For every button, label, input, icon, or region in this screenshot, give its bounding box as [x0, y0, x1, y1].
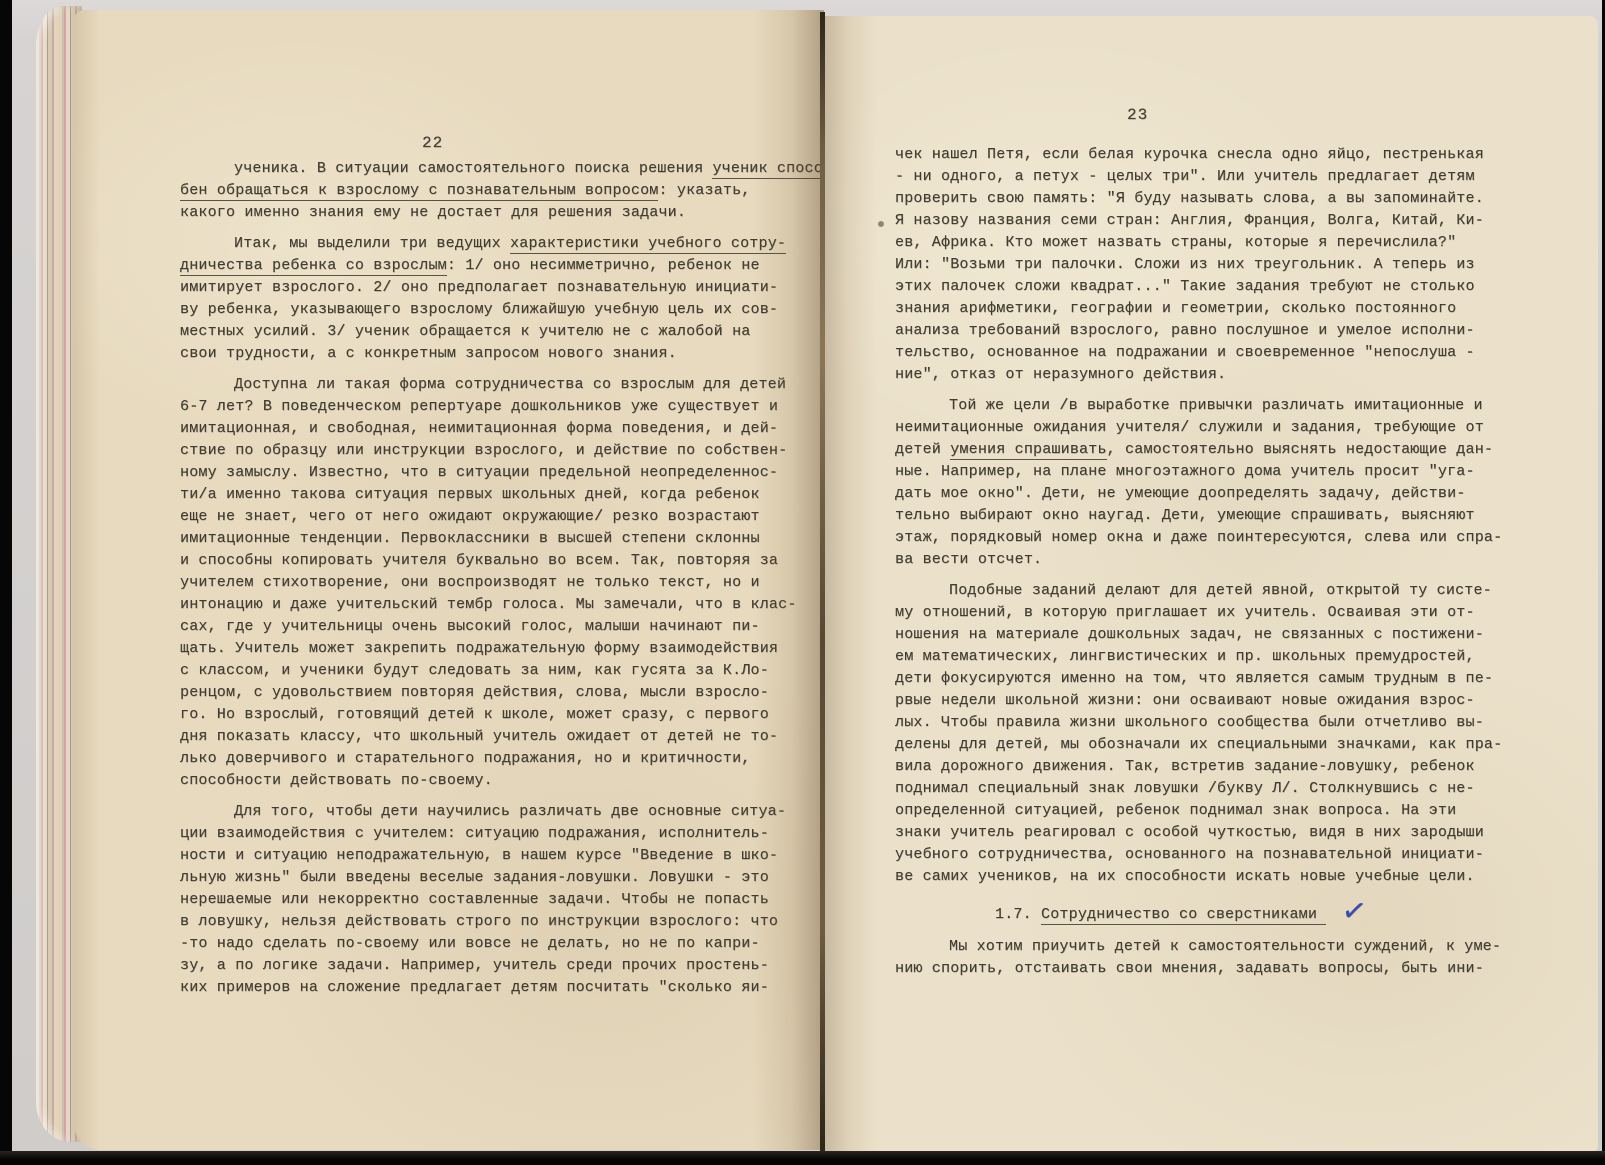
text-line: Итак, мы выделили три ведущих характерис…	[180, 233, 832, 255]
text-line: лых. Чтобы правила жизни школьного сообщ…	[895, 712, 1502, 734]
text-line: вила дорожного движения. Так, встретив з…	[895, 756, 1502, 778]
text-line: ношения на материале дошкольных задач, н…	[895, 624, 1502, 646]
text-line: ствие по образцу или инструкции взрослог…	[180, 440, 832, 462]
text-line: имитационные тенденции. Первоклассники в…	[180, 528, 832, 550]
text-line: -то надо сделать по-своему или вовсе не …	[180, 933, 832, 955]
text-line: нию спорить, отстаивать свои мнения, зад…	[895, 958, 1502, 980]
text-line: еще не знает, чего от него ожидают окруж…	[180, 506, 832, 528]
paragraph: Мы хотим приучить детей к самостоятельно…	[895, 936, 1502, 980]
text-line: интонацию и даже учительский тембр голос…	[180, 594, 832, 616]
text-line: ем математических, лингвистических и пр.…	[895, 646, 1502, 668]
text-line: имитационная, и свободная, неимитационна…	[180, 418, 832, 440]
text-line: ев, Африка. Кто может назвать страны, ко…	[895, 232, 1502, 254]
paragraph: Подобные заданий делают для детей явной,…	[895, 580, 1502, 888]
text-line: определенной ситуацией, ребенок поднимал…	[895, 800, 1502, 822]
text-line: имитирует взрослого. 2/ оно предполагает…	[180, 277, 832, 299]
text-line: делены для детей, мы обозначали их специ…	[895, 734, 1502, 756]
text-line: бен обращаться к взрослому с познаватель…	[180, 180, 832, 202]
text-line: учителем стихотворение, они воспроизводя…	[180, 572, 832, 594]
text-line: ние", отказ от неразумного действия.	[895, 364, 1502, 386]
text-line: щать. Учитель может закрепить подражател…	[180, 638, 832, 660]
text-line: дети фокусируются именно на том, что явл…	[895, 668, 1502, 690]
text-line: ву ребенка, указывающего взрослому ближа…	[180, 299, 832, 321]
left-page-number: 22	[422, 134, 443, 152]
right-page-number: 23	[1127, 106, 1148, 124]
text-line: тельство, основанное на подражании и сво…	[895, 342, 1502, 364]
text-line: знаки учитель реагировал с особой чуткос…	[895, 822, 1502, 844]
text-line: чек нашел Петя, если белая курочка снесл…	[895, 144, 1502, 166]
text-line: дня показать классу, что школьный учител…	[180, 726, 832, 748]
text-line: знания арифметики, географии и геометрии…	[895, 298, 1502, 320]
right-page-text: чек нашел Петя, если белая курочка снесл…	[895, 144, 1502, 989]
text-line: ности и ситуацию неподражательную, в наш…	[180, 845, 832, 867]
text-line: льную жизнь" были введены веселые задани…	[180, 867, 832, 889]
text-line: этих палочек сложи квадрат..." Такие зад…	[895, 276, 1502, 298]
left-page: 22 ученика. В ситуации самостоятельного …	[74, 10, 824, 1150]
text-line: в ловушку, нельзя действовать строго по …	[180, 911, 832, 933]
text-line: проверить свою память: "Я буду называть …	[895, 188, 1502, 210]
text-line: Для того, чтобы дети научились различать…	[180, 801, 832, 823]
text-line: и способны копировать учителя буквально …	[180, 550, 832, 572]
book-scan: 22 ученика. В ситуации самостоятельного …	[0, 0, 1605, 1165]
text-line: Я назову названия семи стран: Англия, Фр…	[895, 210, 1502, 232]
text-line: Подобные заданий делают для детей явной,…	[895, 580, 1502, 602]
text-line: ренцом, с удовольствием повторяя действи…	[180, 682, 832, 704]
text-line: дничества ребенка со взрослым: 1/ оно не…	[180, 255, 832, 277]
text-line: поднимал специальный знак ловушки /букву…	[895, 778, 1502, 800]
paragraph: чек нашел Петя, если белая курочка снесл…	[895, 144, 1502, 386]
scan-edge-bottom	[0, 1151, 1605, 1165]
left-page-text: ученика. В ситуации самостоятельного пои…	[180, 158, 832, 1008]
text-line: ких примеров на сложение предлагает детя…	[180, 977, 832, 999]
section-heading: 1.7. Сотрудничество со сверстниками ✓	[895, 899, 1502, 925]
text-line: сах, где у учительницы очень высокий гол…	[180, 616, 832, 638]
text-line: ва вести отсчет.	[895, 549, 1502, 571]
paragraph: ученика. В ситуации самостоятельного пои…	[180, 158, 832, 224]
text-line: ные. Например, на плане многоэтажного до…	[895, 461, 1502, 483]
paragraph: Для того, чтобы дети научились различать…	[180, 801, 832, 999]
text-line: ному замыслу. Известно, что в ситуации п…	[180, 462, 832, 484]
paragraph: Той же цели /в выработке привычки различ…	[895, 395, 1502, 571]
text-line: дать мое окно". Дети, не умеющие доопред…	[895, 483, 1502, 505]
text-line: рвые недели школьной жизни: они осваиваю…	[895, 690, 1502, 712]
text-line: местных усилий. 3/ ученик обращается к у…	[180, 321, 832, 343]
text-line: Или: "Возьми три палочки. Сложи из них т…	[895, 254, 1502, 276]
text-line: свои трудности, а с конкретным запросом …	[180, 343, 832, 365]
text-line: неимитационные ожидания учителя/ служили…	[895, 417, 1502, 439]
text-line: какого именно знания ему не достает для …	[180, 202, 832, 224]
text-line: ти/а именно такова ситуация первых школь…	[180, 484, 832, 506]
text-line: - ни одного, а петух - целых три". Или у…	[895, 166, 1502, 188]
text-line: ве самих учеников, на их способности иск…	[895, 866, 1502, 888]
text-line: лько доверчивого и старательного подража…	[180, 748, 832, 770]
text-line: нерешаемые или некорректно составленные …	[180, 889, 832, 911]
paragraph: Доступна ли такая форма сотрудничества с…	[180, 374, 832, 792]
paragraph: Итак, мы выделили три ведущих характерис…	[180, 233, 832, 365]
text-line: способности действовать по-своему.	[180, 770, 832, 792]
text-line: Той же цели /в выработке привычки различ…	[895, 395, 1502, 417]
handwritten-checkmark: ✓	[1340, 900, 1368, 924]
right-page: 23 чек нашел Петя, если белая курочка сн…	[825, 16, 1598, 1151]
text-line: му отношений, в которую приглашает их уч…	[895, 602, 1502, 624]
text-line: Доступна ли такая форма сотрудничества с…	[180, 374, 832, 396]
text-line: ции взаимодействия с учителем: ситуацию …	[180, 823, 832, 845]
section-title: Сотрудничество со сверстниками	[1041, 906, 1326, 925]
text-line: го. Но взрослый, готовящий детей к школе…	[180, 704, 832, 726]
text-line: зу, а по логике задачи. Например, учител…	[180, 955, 832, 977]
text-line: Мы хотим приучить детей к самостоятельно…	[895, 936, 1502, 958]
text-line: ученика. В ситуации самостоятельного пои…	[180, 158, 832, 180]
text-line: тельно выбирают окно наугад. Дети, умеющ…	[895, 505, 1502, 527]
text-line: этаж, порядковый номер окна и даже поинт…	[895, 527, 1502, 549]
text-line: с классом, и ученики будут следовать за …	[180, 660, 832, 682]
paper-speck	[878, 221, 884, 227]
text-line: детей умения спрашивать, самостоятельно …	[895, 439, 1502, 461]
text-line: анализа требований взрослого, равно посл…	[895, 320, 1502, 342]
text-line: учебного сотрудничества, основанного на …	[895, 844, 1502, 866]
text-line: 6-7 лет? В поведенческом репертуаре дошк…	[180, 396, 832, 418]
scan-edge-left	[0, 0, 12, 1165]
section-number: 1.7.	[995, 906, 1041, 923]
